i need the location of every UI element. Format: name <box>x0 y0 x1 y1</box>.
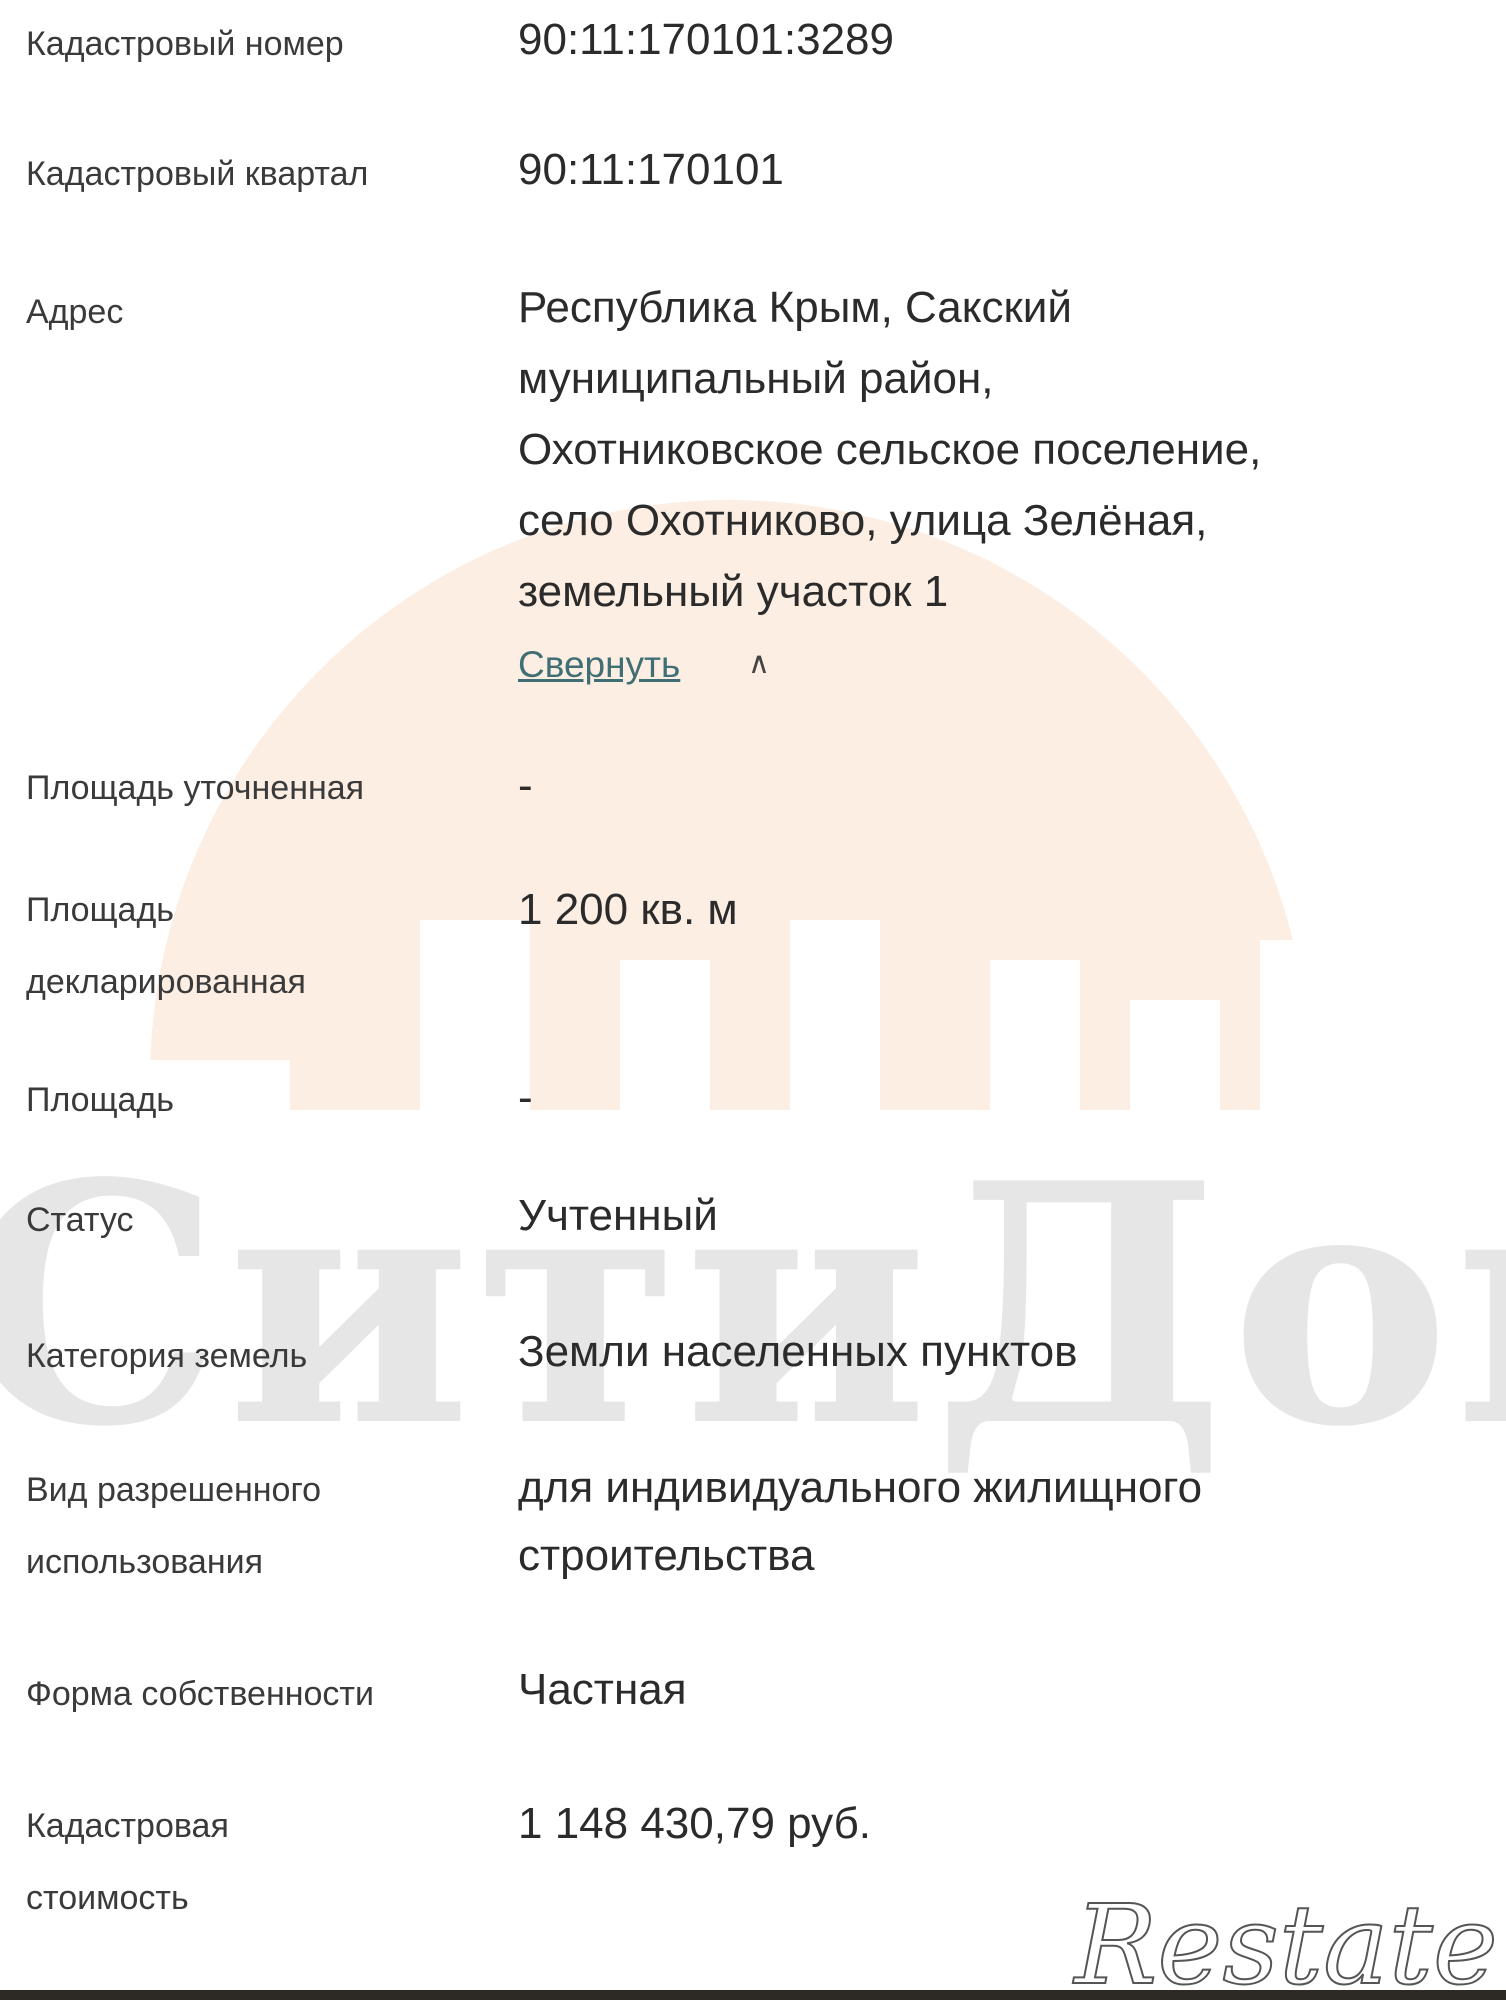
field-label: Форма собственности <box>26 1658 456 1730</box>
field-label-line: стоимость <box>26 1862 456 1934</box>
field-label-line: Кадастровая <box>26 1790 456 1862</box>
field-value-line: строительства <box>518 1522 1478 1589</box>
field-label: Кадастровый номер <box>26 8 456 80</box>
collapse-link[interactable]: Свернуть <box>518 644 680 686</box>
field-value-line: муниципальный район, <box>518 345 1478 412</box>
field-value-line: Республика Крым, Сакский <box>518 274 1478 341</box>
restate-logo: Restate <box>1075 1890 1498 2000</box>
field-value: Учтенный <box>518 1182 1478 1249</box>
field-label: Кадастровый квартал <box>26 138 456 210</box>
field-value: 90:11:170101 <box>518 136 1478 203</box>
field-value: 1 148 430,79 руб. <box>518 1790 1478 1857</box>
field-value: 1 200 кв. м <box>518 876 1478 943</box>
field-value-line: село Охотниково, улица Зелёная, <box>518 487 1478 554</box>
field-label: Площадь уточненная <box>26 752 456 824</box>
field-value: - <box>518 752 1478 819</box>
field-value-line: земельный участок 1 <box>518 558 1478 625</box>
field-label: Адрес <box>26 276 456 348</box>
field-value-line: Охотниковское сельское поселение, <box>518 416 1478 483</box>
field-value: - <box>518 1064 1478 1131</box>
field-label-line: Площадь <box>26 874 456 946</box>
field-label: Площадь <box>26 1064 456 1136</box>
field-value: 90:11:170101:3289 <box>518 6 1478 73</box>
field-label-line: Вид разрешенного <box>26 1454 456 1526</box>
field-label: Статус <box>26 1184 456 1256</box>
field-label: Категория земель <box>26 1320 456 1392</box>
field-label-line: использования <box>26 1526 456 1598</box>
field-value: Земли населенных пунктов <box>518 1318 1478 1385</box>
field-label-line: декларированная <box>26 946 456 1018</box>
field-value-line: для индивидуального жилищного <box>518 1454 1478 1521</box>
field-value: Частная <box>518 1656 1478 1723</box>
chevron-up-icon[interactable]: ∧ <box>748 646 770 681</box>
bottom-bar <box>0 1990 1506 2000</box>
